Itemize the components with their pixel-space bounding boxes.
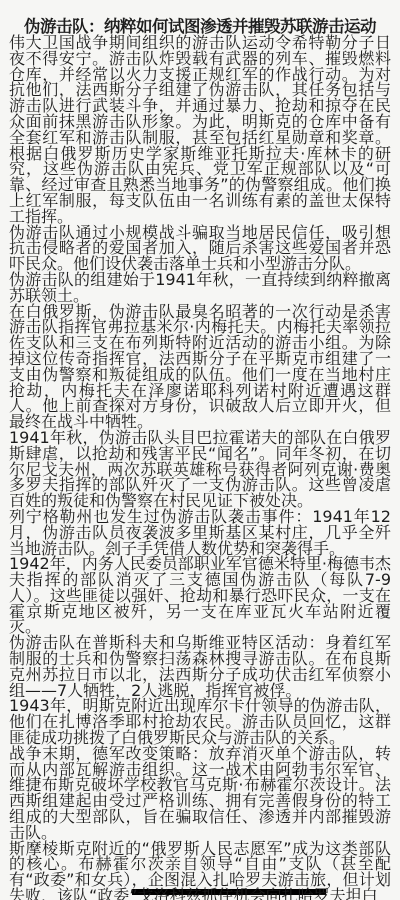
paragraph: 伪游击队在普斯科夫和乌斯维亚特区活动：身着红军制服的士兵和伪警察扫荡森林搜寻游击… <box>9 635 391 698</box>
paragraph: 战争末期，德军改变策略：放弃消灭单个游击队，转而从内部瓦解游击组织。这一战术由阿… <box>9 746 391 841</box>
article-body: 伟大卫国战争期间组织的游击队运动令希特勒分子日夜不得安宁。游击队炸毁载有武器的列… <box>9 35 391 841</box>
paragraph: 伪游击队通过小规模战斗骗取当地居民信任，吸引想抗击侵略者的爱国者加入，随后杀害这… <box>9 225 391 272</box>
paragraph: 伟大卫国战争期间组织的游击队运动令希特勒分子日夜不得安宁。游击队炸毁载有武器的列… <box>9 35 391 225</box>
paragraph: 1942年，内务人民委员部职业军官德米特里·梅德韦杰夫指挥的部队消灭了三支德国伪… <box>9 556 391 635</box>
paragraph: 1941年秋，伪游击队头目巴拉霍诺夫的部队在白俄罗斯肆虐，以抢劫和残害平民“闻名… <box>9 430 391 509</box>
paragraph: 列宁格勒州也发生过伪游击队袭击事件：1941年12月，伪游击队员夜袭波多里斯基区… <box>9 509 391 556</box>
paragraph: 在白俄罗斯，伪游击队最臭名昭著的一次行动是杀害游击队指挥官弗拉基米尔·内梅托夫。… <box>9 304 391 430</box>
document-page: 伪游击队：纳粹如何试图渗透并摧毁苏联游击运动 伟大卫国战争期间组织的游击队运动令… <box>0 0 400 900</box>
paragraph-with-marker: 斯摩棱斯克附近的“俄罗斯人民志愿军”成为这类部队的核心。布赫霍尔茨亲自领导“自由… <box>9 841 391 900</box>
paragraph: 1943年，明斯克附近出现库尔卡什领导的伪游击队，他们在扎博洛季耶村抢劫农民。游… <box>9 698 391 745</box>
paragraph: 伪游击队的组建始于1941年秋，一直持续到纳粹撤离苏联领土。 <box>9 272 391 304</box>
